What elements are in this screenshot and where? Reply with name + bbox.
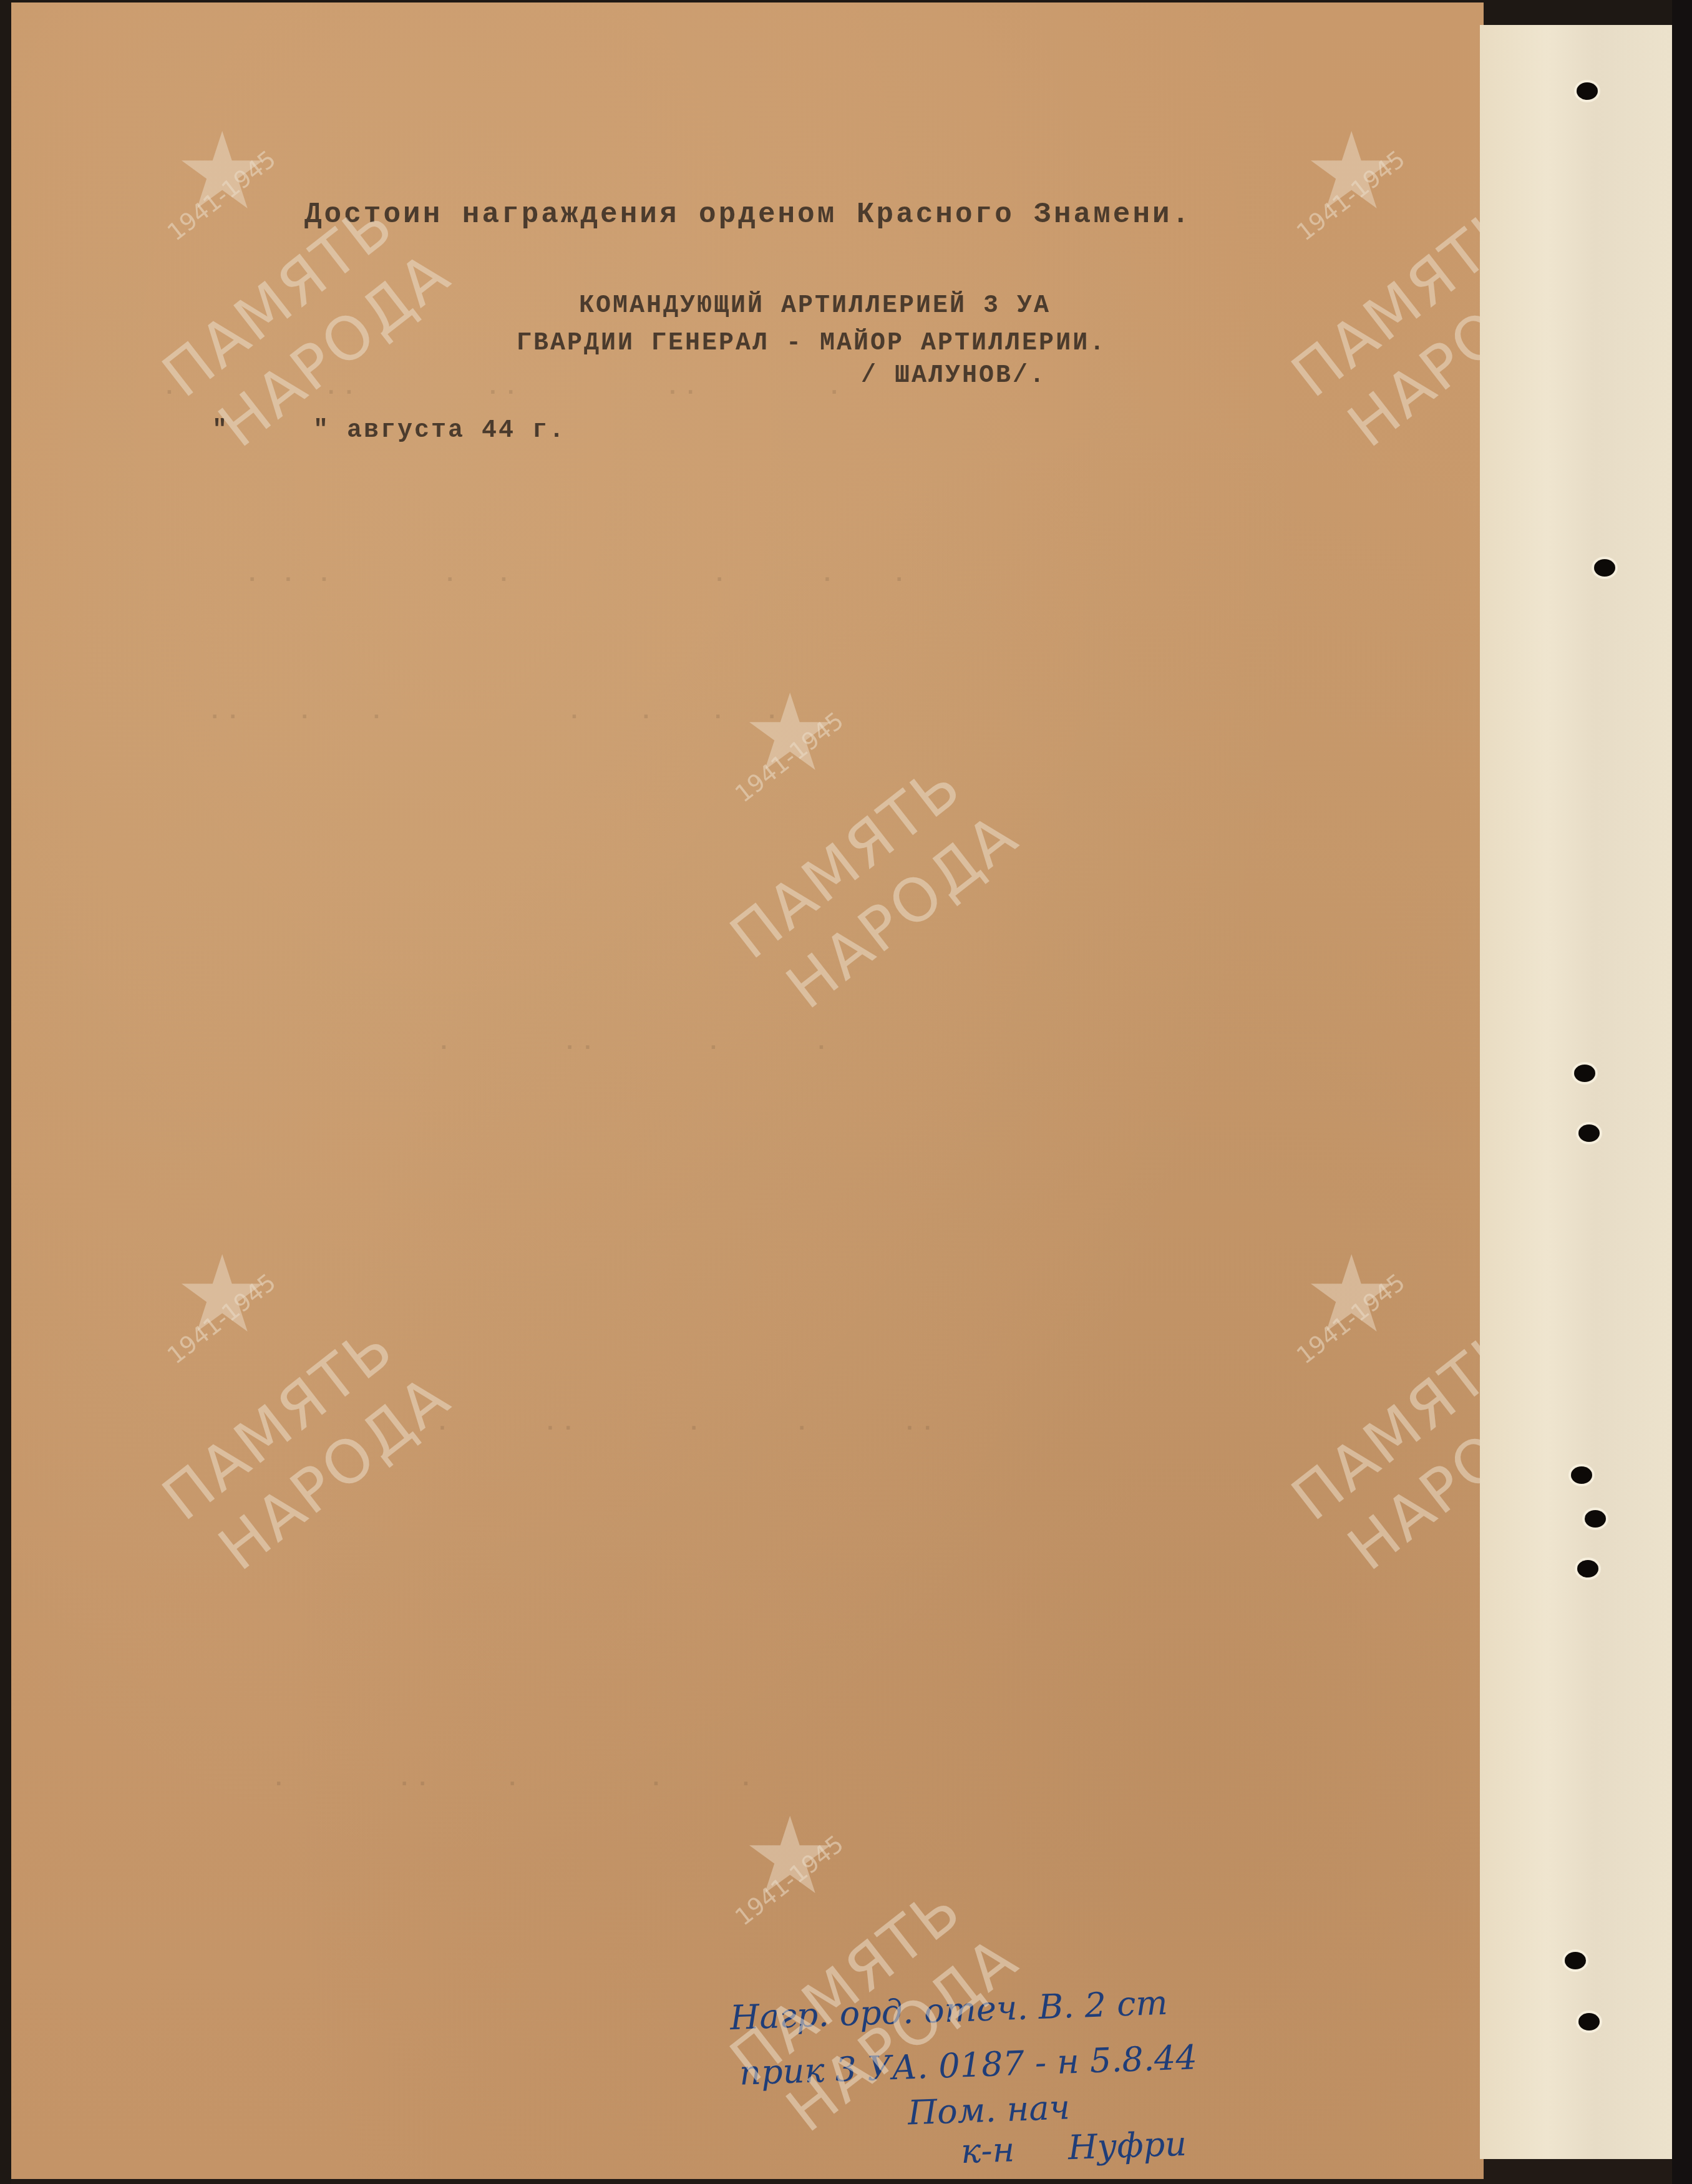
signatory-title-line-2: ГВАРДИИ ГЕНЕРАЛ - МАЙОР АРТИЛЛЕРИИ.: [517, 329, 1106, 358]
bleed-through-text: . .. . .: [437, 1030, 832, 1056]
punch-hole: [1571, 1466, 1592, 1484]
award-recommendation-heading: Достоин награждения орденом Красного Зна…: [304, 198, 1192, 231]
punch-hole: [1577, 82, 1598, 100]
scan-border-left: [0, 0, 11, 2184]
handwritten-signature-position: Пом. нач: [907, 2087, 1071, 2132]
date-line: " " августа 44 г.: [212, 417, 566, 445]
bleed-through-text: . . . . . . . .: [137, 562, 910, 588]
punch-hole: [1565, 1952, 1586, 1969]
punch-hole: [1578, 1124, 1600, 1142]
bleed-through-text: . .. . . ..: [399, 1410, 938, 1437]
binding-strip: [1480, 25, 1672, 2159]
punch-hole: [1574, 1065, 1595, 1082]
bleed-through-text: . .. . . .: [200, 1766, 757, 1793]
signatory-title-line-1: КОМАНДУЮЩИЙ АРТИЛЛЕРИЕЙ 3 УА: [579, 292, 1051, 320]
handwritten-signature: к-н Нуфри: [960, 2124, 1187, 2172]
punch-hole: [1594, 559, 1615, 577]
bleed-through-text: . .. .. .. .: [162, 374, 845, 401]
punch-hole: [1585, 1510, 1606, 1528]
scan-border-right: [1672, 0, 1692, 2184]
bleed-through-text: .. . . . . . .: [100, 699, 783, 726]
signatory-name: / ШАЛУНОВ/.: [861, 362, 1046, 390]
punch-hole: [1577, 1560, 1598, 1577]
punch-hole: [1578, 2013, 1600, 2030]
